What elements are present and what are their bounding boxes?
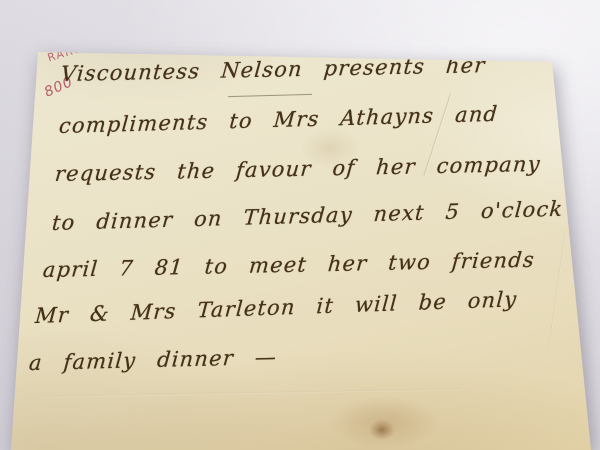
letter-paper: RARE 800 Viscountess Nelson presents her… <box>0 0 600 450</box>
handwritten-line-2: compliments to Mrs Athayns and <box>58 102 499 138</box>
handwritten-line-7: a family dinner — <box>28 345 278 375</box>
paper-stain-spot <box>369 420 395 440</box>
photo-background: RARE 800 Viscountess Nelson presents her… <box>0 0 600 450</box>
handwritten-line-5: april 7 81 to meet her two friends <box>42 248 536 282</box>
nelson-underline <box>228 94 312 97</box>
handwritten-line-4: to dinner on Thursday next 5 o'clock <box>51 197 564 235</box>
paper-crease <box>548 230 567 349</box>
handwritten-line-6: Mr & Mrs Tarleton it will be only <box>34 287 518 328</box>
handwritten-line-1: Viscountess Nelson presents her <box>60 53 487 86</box>
handwritten-line-3: requests the favour of her company <box>54 152 542 186</box>
paper-shadow: RARE 800 Viscountess Nelson presents her… <box>0 0 600 450</box>
